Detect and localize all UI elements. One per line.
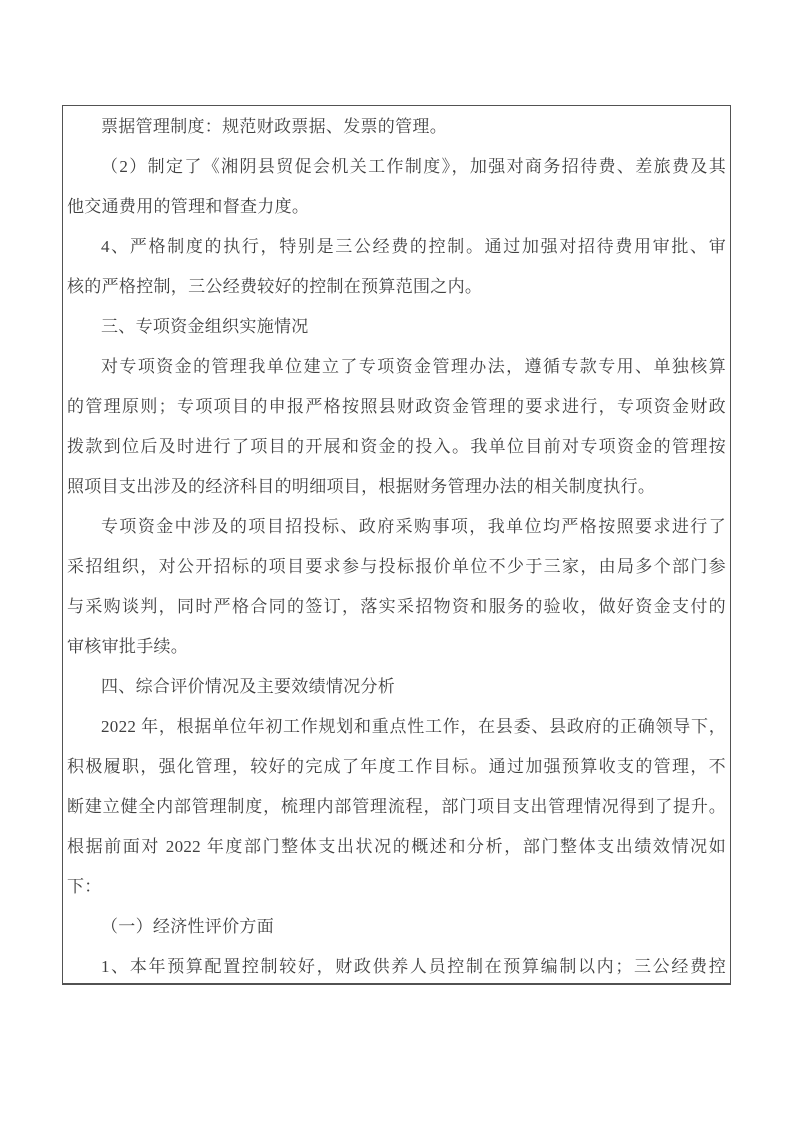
- text-line: 与采购谈判，同时严格合同的签订，落实采招物资和服务的验收，做好资金支付的: [67, 587, 726, 627]
- document-page: 票据管理制度：规范财政票据、发票的管理。（2）制定了《湘阴县贸促会机关工作制度》…: [0, 0, 793, 1122]
- text-line: 票据管理制度：规范财政票据、发票的管理。: [67, 107, 726, 147]
- text-line: 审核审批手续。: [67, 627, 726, 667]
- text-line: （2）制定了《湘阴县贸促会机关工作制度》，加强对商务招待费、差旅费及其: [67, 147, 726, 187]
- text-line: 采招组织，对公开招标的项目要求参与投标报价单位不少于三家，由局多个部门参: [67, 547, 726, 587]
- text-line: 对专项资金的管理我单位建立了专项资金管理办法，遵循专款专用、单独核算: [67, 347, 726, 387]
- text-line: （一）经济性评价方面: [67, 907, 726, 947]
- text-line: 四、综合评价情况及主要效绩情况分析: [67, 667, 726, 707]
- text-line: 核的严格控制，三公经费较好的控制在预算范围之内。: [67, 267, 726, 307]
- text-line: 积极履职，强化管理，较好的完成了年度工作目标。通过加强预算收支的管理，不: [67, 747, 726, 787]
- text-line: 2022 年，根据单位年初工作规划和重点性工作，在县委、县政府的正确领导下，: [67, 707, 726, 747]
- text-line: 专项资金中涉及的项目招投标、政府采购事项，我单位均严格按照要求进行了: [67, 507, 726, 547]
- text-line: 断建立健全内部管理制度，梳理内部管理流程，部门项目支出管理情况得到了提升。: [67, 787, 726, 827]
- text-line: 他交通费用的管理和督查力度。: [67, 187, 726, 227]
- text-line: 4、严格制度的执行，特别是三公经费的控制。通过加强对招待费用审批、审: [67, 227, 726, 267]
- text-line: 的管理原则；专项项目的申报严格按照县财政资金管理的要求进行，专项资金财政: [67, 387, 726, 427]
- text-line: 根据前面对 2022 年度部门整体支出状况的概述和分析，部门整体支出绩效情况如: [67, 827, 726, 867]
- text-line: 拨款到位后及时进行了项目的开展和资金的投入。我单位目前对专项资金的管理按: [67, 427, 726, 467]
- text-line: 下：: [67, 867, 726, 907]
- text-line: 三、专项资金组织实施情况: [67, 307, 726, 347]
- text-line: 照项目支出涉及的经济科目的明细项目，根据财务管理办法的相关制度执行。: [67, 467, 726, 507]
- text-line: 1、本年预算配置控制较好，财政供养人员控制在预算编制以内；三公经费控: [67, 947, 726, 985]
- table-cell: 票据管理制度：规范财政票据、发票的管理。（2）制定了《湘阴县贸促会机关工作制度》…: [62, 105, 731, 985]
